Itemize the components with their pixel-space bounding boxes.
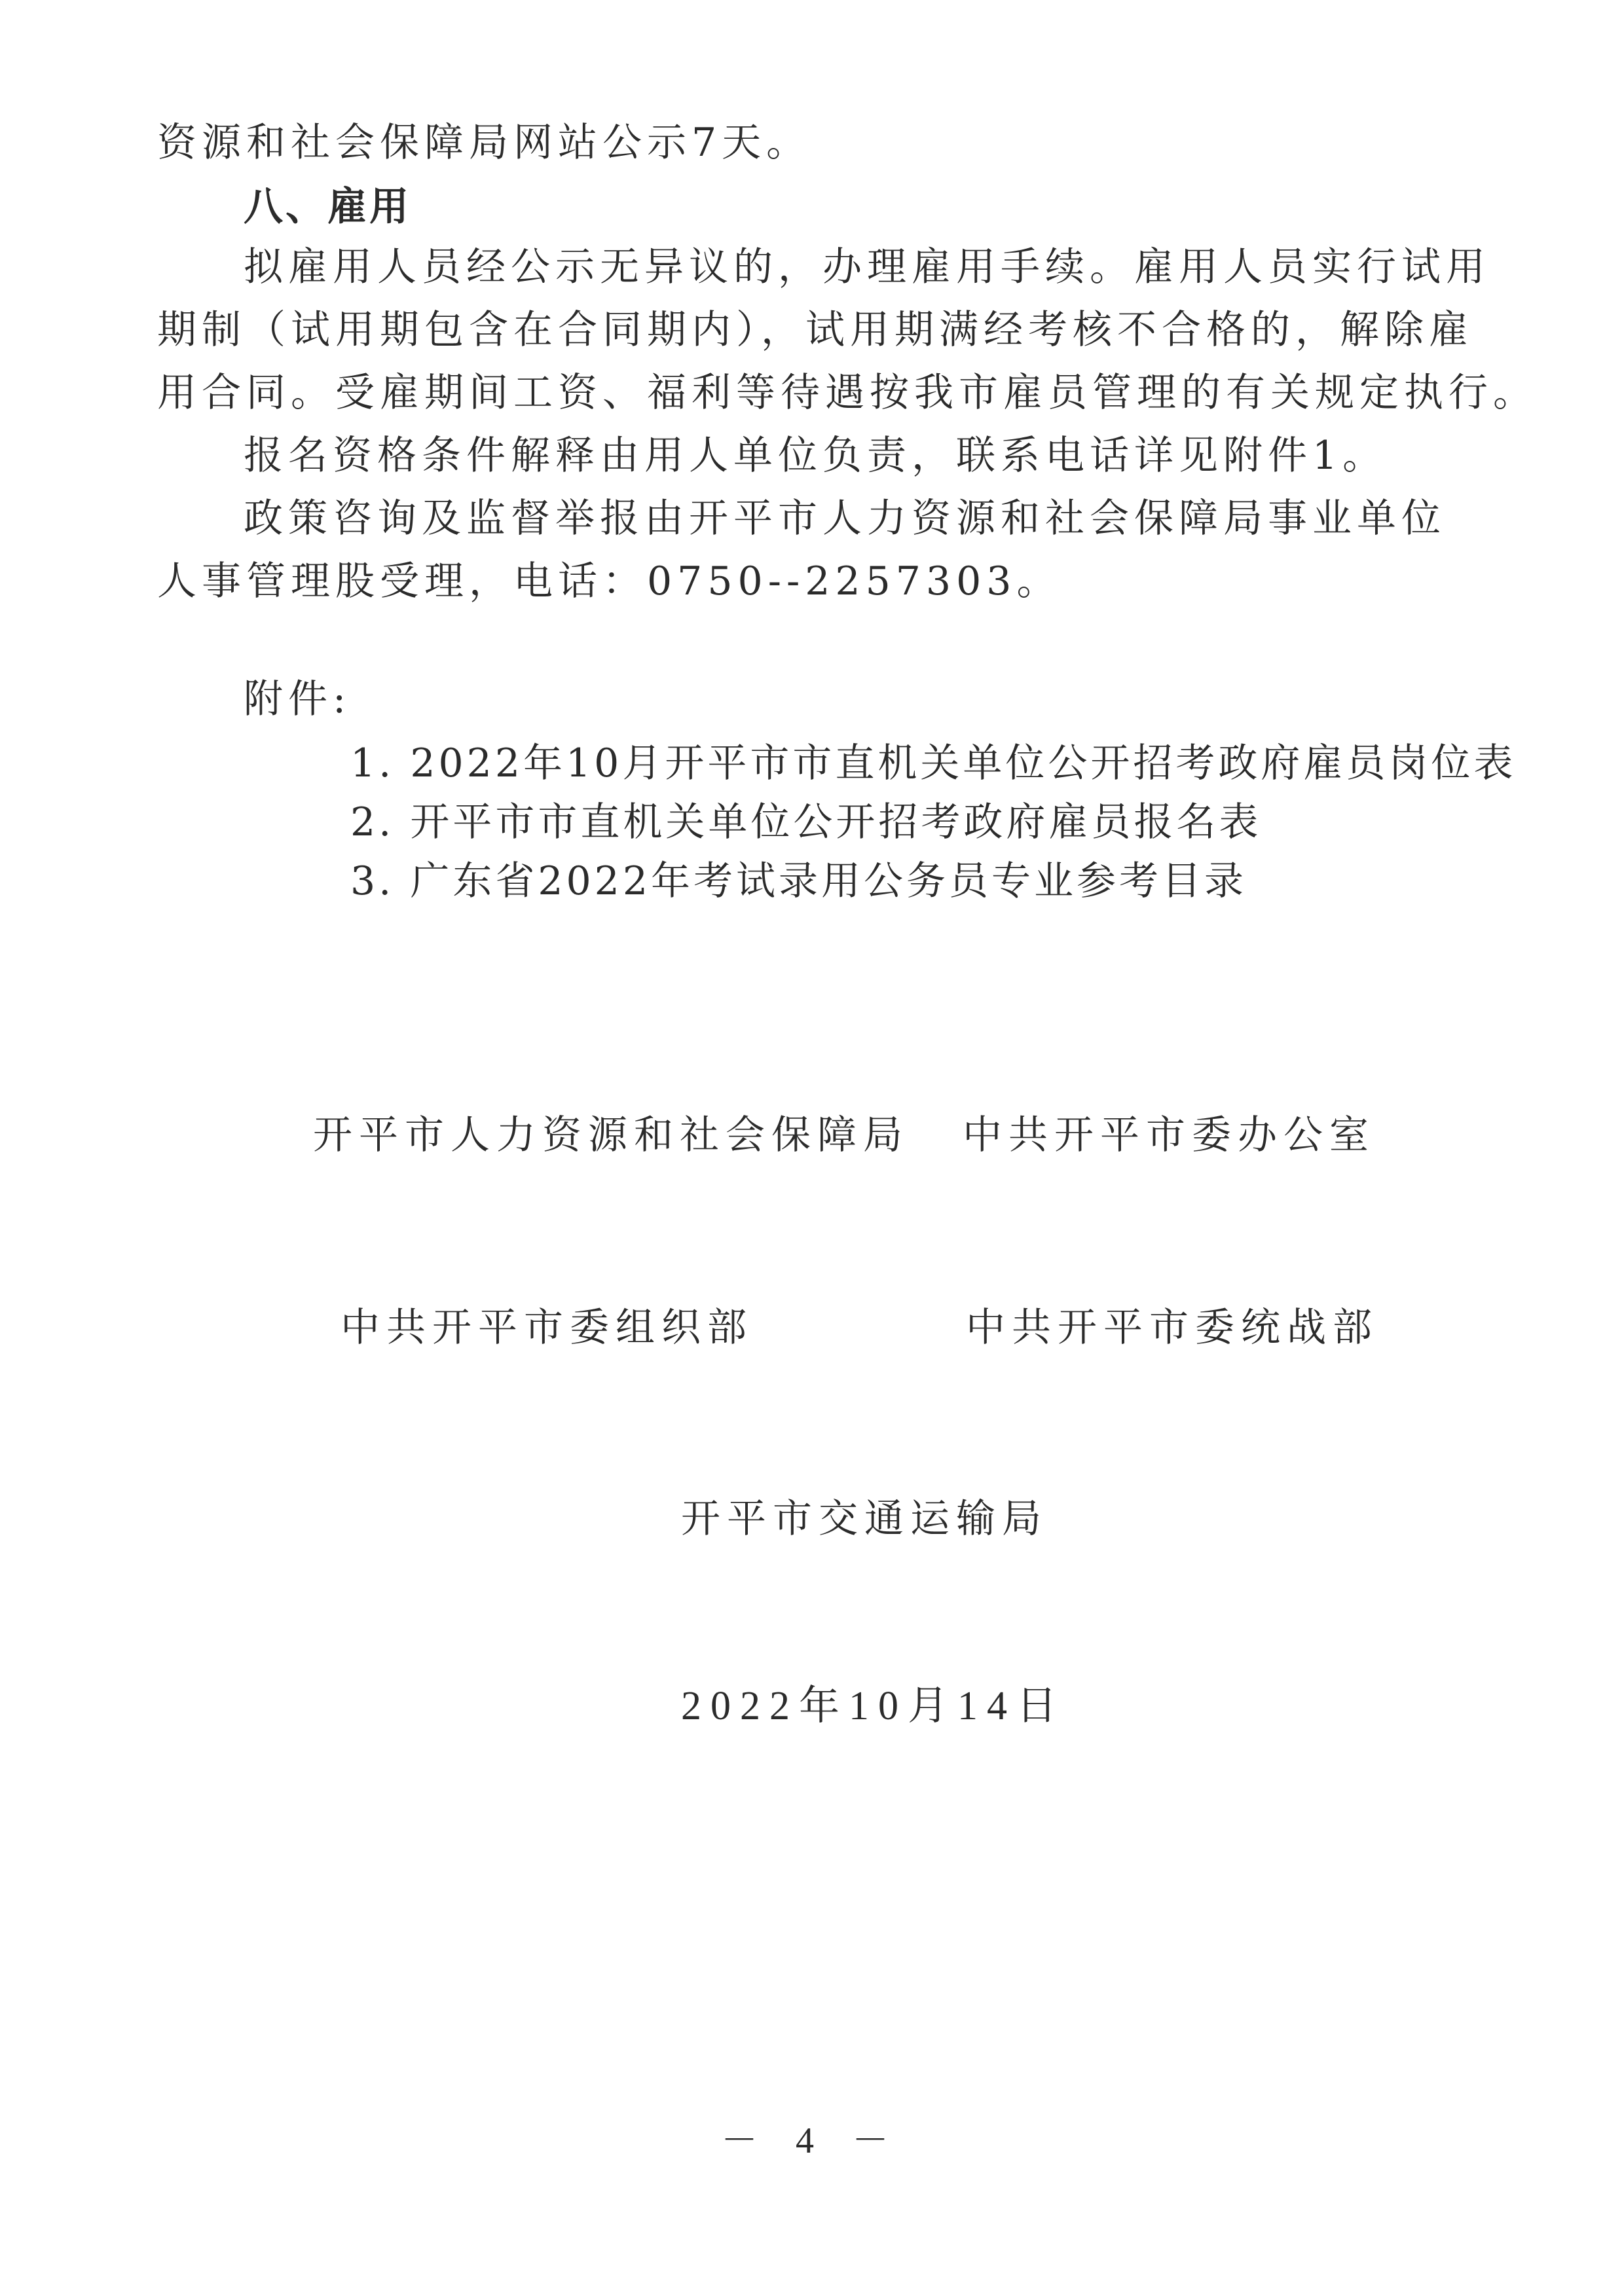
document-date: 2022年10月14日 (681, 1675, 1066, 1738)
qualification-note: 报名资格条件解释由用人单位负责，联系电话详见附件1。 (244, 424, 1387, 487)
signatory-united-front-dept: 中共开平市委统战部 (966, 1296, 1378, 1359)
paragraph-continuation: 资源和社会保障局网站公示7天。 (157, 111, 811, 174)
attachment-item-2: 2. 开平市市直机关单位公开招考政府雇员报名表 (350, 791, 1261, 854)
signatory-organization-dept: 中共开平市委组织部 (341, 1296, 753, 1359)
attachment-item-3: 3. 广东省2022年考试录用公务员专业参考目录 (350, 850, 1247, 913)
document-page: 资源和社会保障局网站公示7天。 八、雇用 拟雇用人员经公示无异议的，办理雇用手续… (0, 0, 1624, 2296)
policy-paragraph-line-1: 政策咨询及监督举报由开平市人力资源和社会保障局事业单位 (244, 487, 1446, 550)
signatory-transport-bureau: 开平市交通运输局 (681, 1487, 1048, 1550)
hiring-paragraph-line-1: 拟雇用人员经公示无异议的，办理雇用手续。雇用人员实行试用 (244, 236, 1490, 299)
signatory-hr-bureau: 开平市人力资源和社会保障局 (313, 1104, 909, 1167)
attachment-item-1: 1. 2022年10月开平市市直机关单位公开招考政府雇员岗位表 (350, 732, 1516, 795)
page-number: － 4 － (0, 2111, 1624, 2164)
hiring-paragraph-line-2: 期制（试用期包含在合同期内），试用期满经考核不合格的，解除雇 (157, 299, 1473, 361)
signatory-party-office: 中共开平市委办公室 (963, 1104, 1375, 1167)
policy-paragraph-line-2: 人事管理股受理，电话：0750--2257303。 (157, 550, 1061, 613)
section-heading: 八、雇用 (244, 175, 411, 238)
attachments-label: 附件: (244, 668, 351, 731)
hiring-paragraph-line-3: 用合同。受雇期间工资、福利等待遇按我市雇员管理的有关规定执行。 (157, 361, 1538, 424)
